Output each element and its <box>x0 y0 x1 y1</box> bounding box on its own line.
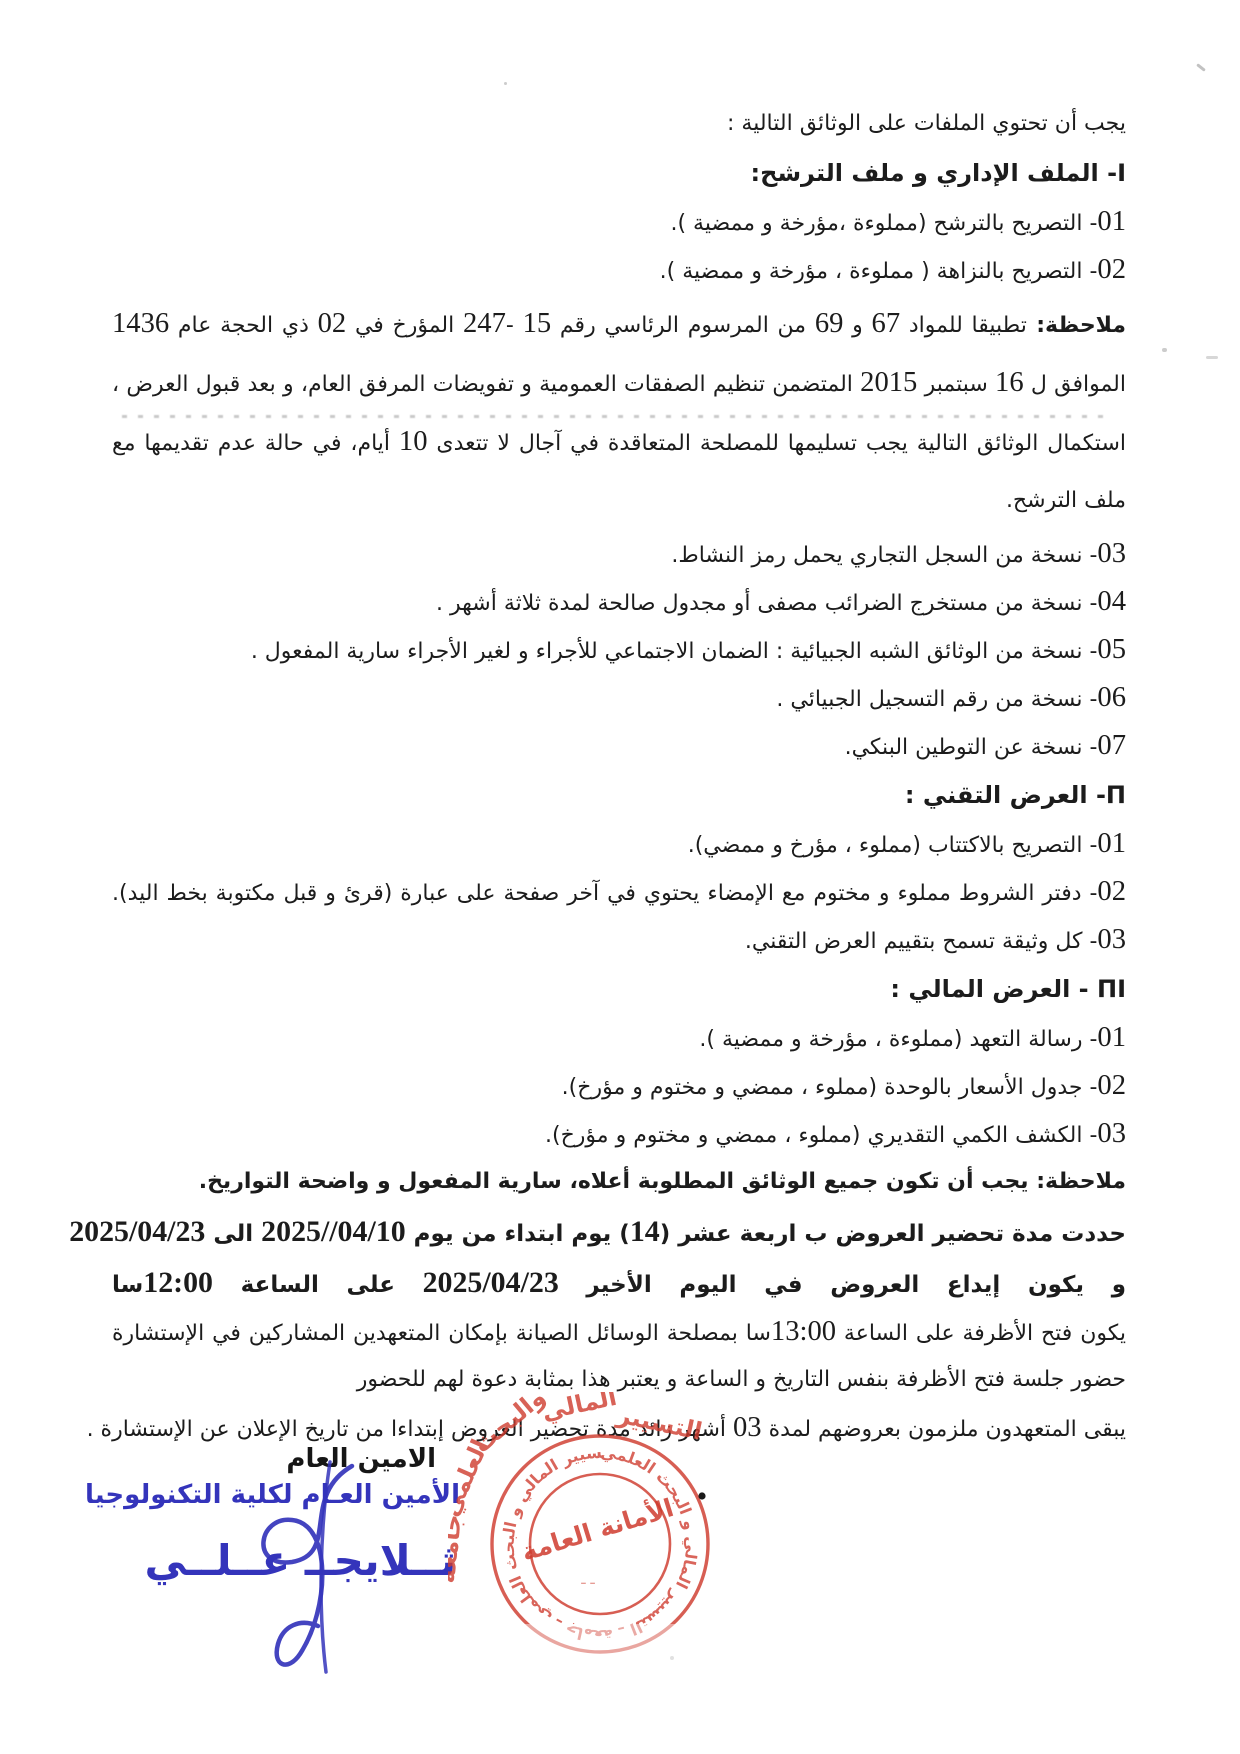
signature-name: ثــلايجــ عــلــي <box>145 1536 457 1585</box>
scan-artifact-speck <box>504 82 507 85</box>
text-line: ملف الترشح. <box>112 471 1126 530</box>
text-line: حضور جلسة فتح الأظرفة بنفس التاريخ و الس… <box>112 1356 1126 1404</box>
text-line: 02- جدول الأسعار بالوحدة (مملوء ، ممضي و… <box>112 1062 1126 1110</box>
text-line: و يكون إيداع العروض في اليوم الأخير 2025… <box>112 1257 1126 1308</box>
text-line: 01- رسالة التعهد (مملوءة ، مؤرخة و ممضية… <box>112 1014 1126 1062</box>
text-line: ملاحظة: تطبيقا للمواد 67 و 69 من المرسوم… <box>112 294 1126 353</box>
text-line: 01- التصريح بالترشح (مملوءة ،مؤرخة و ممض… <box>112 198 1126 246</box>
scan-artifact-speck <box>1206 356 1218 359</box>
stamp-outer-circle <box>492 1436 708 1652</box>
ink-dot <box>698 1492 705 1499</box>
text-line: حددت مدة تحضير العروض ب اربعة عشر (14) ي… <box>112 1206 1126 1257</box>
text-line: ΠI - العرض المالي : <box>112 964 1126 1014</box>
text-line: يجب أن تحتوي الملفات على الوثائق التالية… <box>112 100 1126 148</box>
stamp-inner-circle <box>530 1474 670 1614</box>
stamp-fade <box>448 1624 758 1694</box>
text-line: 04- نسخة من مستخرج الضرائب مصفى أو مجدول… <box>112 578 1126 626</box>
text-line: 06- نسخة من رقم التسجيل الجبيائي . <box>112 674 1126 722</box>
secretary-title-black: الامين العام <box>286 1444 436 1474</box>
text-line: الموافق ل 16 سبتمبر 2015 المتضمن تنظيم ا… <box>112 353 1126 412</box>
text-line: 03- الكشف الكمي التقديري (مملوء ، ممضي و… <box>112 1110 1126 1158</box>
text-line: 05- نسخة من الوثائق الشبه الجبيائية : ال… <box>112 626 1126 674</box>
text-line: 07- نسخة عن التوطين البنكي. <box>112 722 1126 770</box>
stamp-center-mark: ـ ـ <box>580 1570 595 1588</box>
text-line: يكون فتح الأظرفة على الساعة 13:00سا بمصل… <box>112 1308 1126 1356</box>
text-line: ملاحظة: يجب أن تكون جميع الوثائق المطلوب… <box>112 1158 1126 1206</box>
text-line: I- الملف الإداري و ملف الترشح: <box>112 148 1126 198</box>
text-line: 02- دفتر الشروط مملوء و مختوم مع الإمضاء… <box>112 868 1126 916</box>
text-line: 02- التصريح بالنزاهة ( مملوءة ، مؤرخة و … <box>112 246 1126 294</box>
scan-artifact-speck <box>1162 348 1167 352</box>
text-line: 03- كل وثيقة تسمح بتقييم العرض التقني. <box>112 916 1126 964</box>
document-text: يجب أن تحتوي الملفات على الوثائق التالية… <box>112 100 1126 1452</box>
scanned-document-page: يجب أن تحتوي الملفات على الوثائق التالية… <box>0 0 1240 1754</box>
signature-block: الامين العام الأمين العـام لكلية التكنول… <box>110 1438 480 1688</box>
text-line: استكمال الوثائق التالية يجب تسليمها للمص… <box>112 412 1126 471</box>
secretary-title-blue: الأمين العـام لكلية التكنولوجيا <box>85 1480 460 1510</box>
scan-artifact-speck <box>1196 63 1206 72</box>
text-line: Π- العرض التقني : <box>112 770 1126 820</box>
note-label: ملاحظة: <box>1029 1169 1126 1194</box>
text-line: 03- نسخة من السجل التجاري يحمل رمز النشا… <box>112 530 1126 578</box>
note-label: ملاحظة: <box>1027 313 1126 338</box>
stamp-center-text: الأمانة العامة <box>518 1492 677 1567</box>
text-line: 01- التصريح بالاكتتاب (مملوء ، مؤرخ و مم… <box>112 820 1126 868</box>
scan-artifact-speck <box>670 1656 674 1660</box>
